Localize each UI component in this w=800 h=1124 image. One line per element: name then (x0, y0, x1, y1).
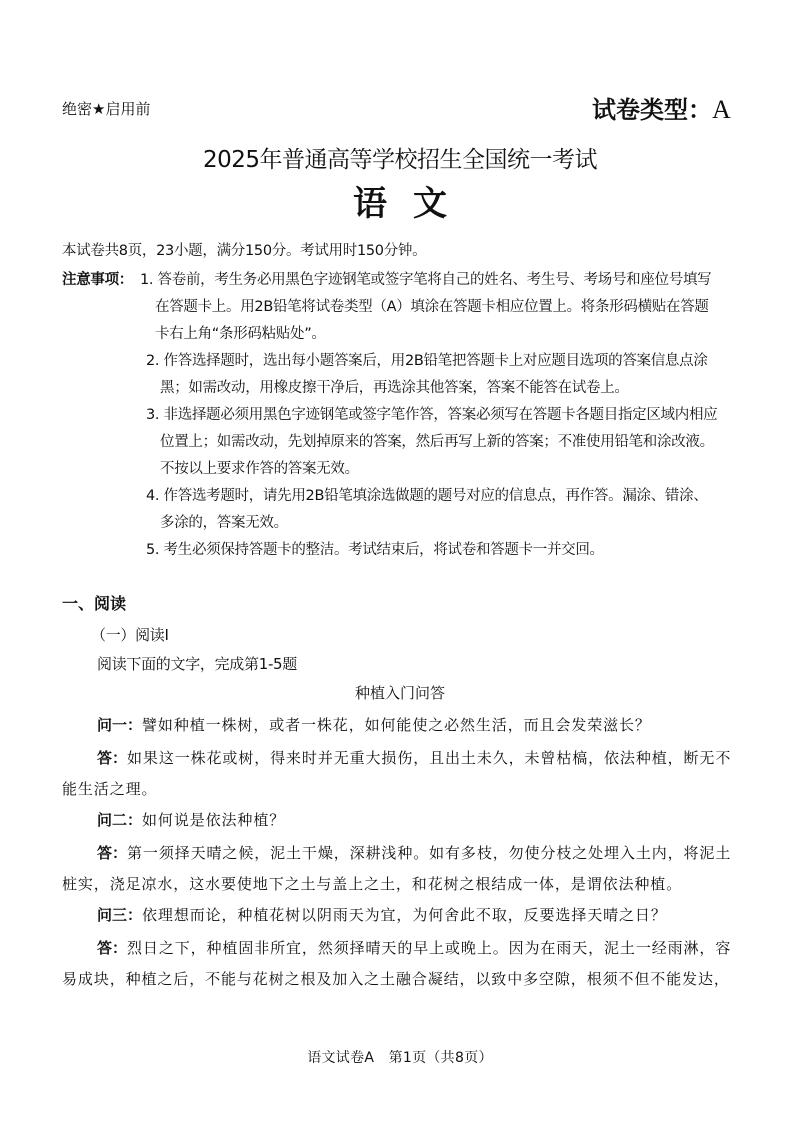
secret-label: 绝密★启用前 (62, 98, 150, 119)
question-label: 问三： (97, 906, 142, 924)
subject-title: 语文 (0, 176, 800, 225)
passage-title: 种植入门问答 (0, 682, 800, 703)
note-line: 在答题卡上。用2B铅笔将试卷类型（A）填涂在答题卡相应位置上。将条形码横贴在答题 (155, 295, 709, 316)
paper-type: 试卷类型：A (592, 90, 731, 125)
answer-label: 答： (97, 844, 127, 862)
passage-continuation: 桩实，浇足凉水，这水要使地下之土与盖上之土，和花树之根结成一体，是谓依法种植。 (62, 873, 682, 894)
passage-paragraph: 问二：如何说是依法种植？ (97, 809, 285, 830)
paper-type-label: 试卷类型： (592, 96, 712, 124)
note-line: 3. 非选择题必须用黑色字迹钢笔或签字笔作答，答案必须写在答题卡各题目指定区域内… (146, 403, 717, 424)
answer-label: 答： (97, 749, 127, 767)
answer-label: 答： (97, 939, 127, 957)
note-line: 位置上；如需改动，先划掉原来的答案，然后再写上新的答案；不准使用铅笔和涂改液。 (160, 430, 714, 451)
section-heading: 一、阅读 (62, 591, 126, 614)
passage-paragraph: 问三：依理想而论，种植花树以阴雨天为宜，为何舍此不取，反要选择天晴之日？ (97, 904, 667, 925)
passage-paragraph: 答：如果这一株花或树，得来时并无重大损伤，且出土未久，未曾枯槁，依法种植，断无不 (97, 747, 731, 768)
note-line: 不按以上要求作答的答案无效。 (160, 457, 359, 478)
subsection-heading: （一）阅读I (91, 624, 169, 645)
note-line: 卡右上角“条形码粘贴处”。 (155, 322, 326, 343)
question-label: 问一： (97, 716, 142, 734)
passage-continuation: 能生活之理。 (62, 778, 157, 799)
question-label: 问二： (97, 811, 142, 829)
exam-title: 2025年普通高等学校招生全国统一考试 (0, 141, 800, 174)
note-line: 多涂的，答案无效。 (160, 511, 288, 532)
note-line: 1. 答卷前，考生务必用黑色字迹钢笔或签字笔将自己的姓名、考生号、考场号和座位号… (140, 268, 711, 289)
passage-continuation: 易成块，种植之后，不能与花树之根及加入之土融合凝结，以致中多空隙，根须不但不能发… (62, 968, 730, 989)
note-line: 5. 考生必须保持答题卡的整洁。考试结束后，将试卷和答题卡一并交回。 (146, 538, 604, 559)
passage-paragraph: 问一：譬如种植一株树，或者一株花，如何能使之必然生活，而且会发荣滋长？ (97, 714, 651, 735)
page-footer: 语文试卷A 第1页（共8页） (0, 1047, 800, 1067)
note-line: 4. 作答选考题时，请先用2B铅笔填涂选做题的题号对应的信息点，再作答。漏涂、错… (146, 484, 708, 505)
reading-instruction: 阅读下面的文字，完成第1-5题 (97, 653, 297, 674)
paper-type-value: A (712, 95, 731, 124)
passage-paragraph: 答：烈日之下，种植固非所宜，然须择晴天的早上或晚上。因为在雨天，泥土一经雨淋，容 (97, 937, 731, 958)
passage-paragraph: 答：第一须择天晴之候，泥土干燥，深耕浅种。如有多枝，勿使分枝之处埋入土内，将泥土 (97, 842, 731, 863)
note-line: 2. 作答选择题时，选出每小题答案后，用2B铅笔把答题卡上对应题目选项的答案信息… (146, 349, 708, 370)
exam-intro: 本试卷共8页，23小题，满分150分。考试用时150分钟。 (62, 239, 426, 260)
notes-label: 注意事项： (62, 268, 133, 289)
note-line: 黑；如需改动，用橡皮擦干净后，再选涂其他答案，答案不能答在试卷上。 (160, 376, 629, 397)
